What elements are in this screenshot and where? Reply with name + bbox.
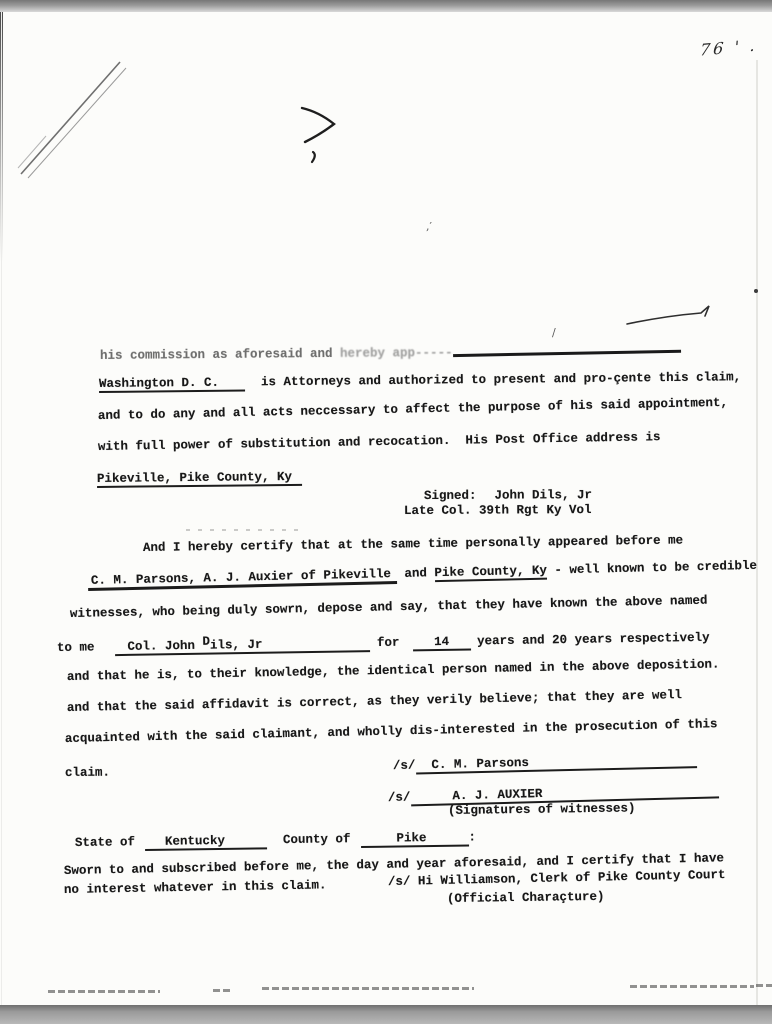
signed-line: Signed:John Dils, Jr — [424, 488, 592, 504]
stray-mark: ,′ — [426, 220, 432, 233]
acquainted-line: acquainted with the said claimant, and w… — [65, 717, 718, 747]
scanned-document-page: 76 ' . / ,′ his commission as aforesaid … — [0, 0, 772, 1024]
filled-blank-county-name: Pike — [360, 832, 468, 849]
witnesses-names-line: C. M. Parsons, A. J. Auxier of Pikeville… — [88, 559, 757, 591]
scan-edge-top — [0, 0, 772, 12]
signatures-caption: (Signatures of witnesses) — [448, 801, 636, 819]
power-line: with full power of substitution and reco… — [98, 430, 661, 455]
attorney-line: Washington D. C.is Attorneys and authori… — [99, 370, 741, 393]
state-county-line: State ofKentuckyCounty ofPike: — [75, 830, 476, 852]
scan-edge-left — [1, 12, 2, 1005]
scan-artifact — [186, 529, 306, 531]
filled-blank-witnesses: C. M. Parsons, A. J. Auxier of Pikeville — [88, 568, 397, 591]
affidavit-line: and that the said affidavit is correct, … — [67, 688, 682, 716]
filled-blank-address: Pikeville, Pike County, Ky — [97, 471, 302, 488]
known-for-line: to meCol. John Dils, Jr for 14years and … — [57, 631, 710, 657]
filled-blank-signature-1: C. M. Parsons — [415, 753, 697, 774]
scan-smudge — [756, 984, 772, 987]
witnesses-line2: witnesses, who being duly sowrn, depose … — [70, 594, 708, 622]
signed-title-line: Late Col. 39th Rgt Ky Vol — [404, 503, 592, 519]
colon: : — [468, 830, 476, 844]
stray-mark: / — [552, 326, 556, 339]
for-label: for — [369, 636, 407, 651]
address-line: Pikeville, Pike County, Ky — [97, 470, 302, 488]
scan-smudge — [262, 987, 474, 990]
pen-scribble-icon — [16, 52, 134, 180]
scan-edge-right — [756, 60, 758, 1005]
scan-edge-bottom — [0, 1005, 772, 1024]
no-interest-line: no interest whatever in this claim. — [64, 878, 327, 898]
ink-dot — [754, 289, 758, 293]
filled-blank-years: 14 — [413, 635, 471, 651]
witness-signature-1: /s/C. M. Parsons — [393, 752, 697, 775]
signed-label: Signed: — [424, 489, 477, 503]
s-mark: /s/ — [393, 758, 416, 773]
faded-text: hereby app----- — [340, 346, 453, 361]
signature-blank-line — [452, 339, 680, 357]
s-mark: /s/ — [388, 790, 411, 805]
filled-blank-washington: Washington D. C. — [99, 376, 245, 393]
claim-word: claim. — [65, 766, 110, 781]
handwritten-chevron-icon — [297, 102, 343, 164]
clerk-caption: (Official Charaçture) — [447, 890, 605, 907]
faded-text: his commission as aforesaid and — [100, 347, 340, 363]
scan-smudge — [213, 989, 233, 992]
signed-name: John Dils, Jr — [494, 488, 592, 503]
scan-smudge — [48, 990, 160, 993]
scan-smudge — [630, 985, 754, 988]
handwritten-page-number: 76 ' . — [699, 35, 758, 59]
pen-stroke-icon — [625, 304, 717, 328]
to-me-label: to me — [57, 640, 95, 655]
identical-line: and that he is, to their knowledge, the … — [67, 657, 720, 685]
faded-cutoff-line: his commission as aforesaid and hereby a… — [100, 340, 681, 364]
acts-line: and to do any and all acts neccessary to… — [98, 396, 728, 424]
filled-blank-state: Kentucky — [145, 834, 267, 851]
certify-line: And I hereby certify that at the same ti… — [143, 533, 683, 556]
state-label: State of — [75, 835, 135, 850]
county-label: County of — [283, 832, 351, 847]
raised-letter: D — [202, 635, 210, 649]
filled-blank-county: Pike County, Ky — [434, 565, 547, 583]
filled-blank-known-name: Col. John Dils, Jr — [114, 637, 369, 656]
